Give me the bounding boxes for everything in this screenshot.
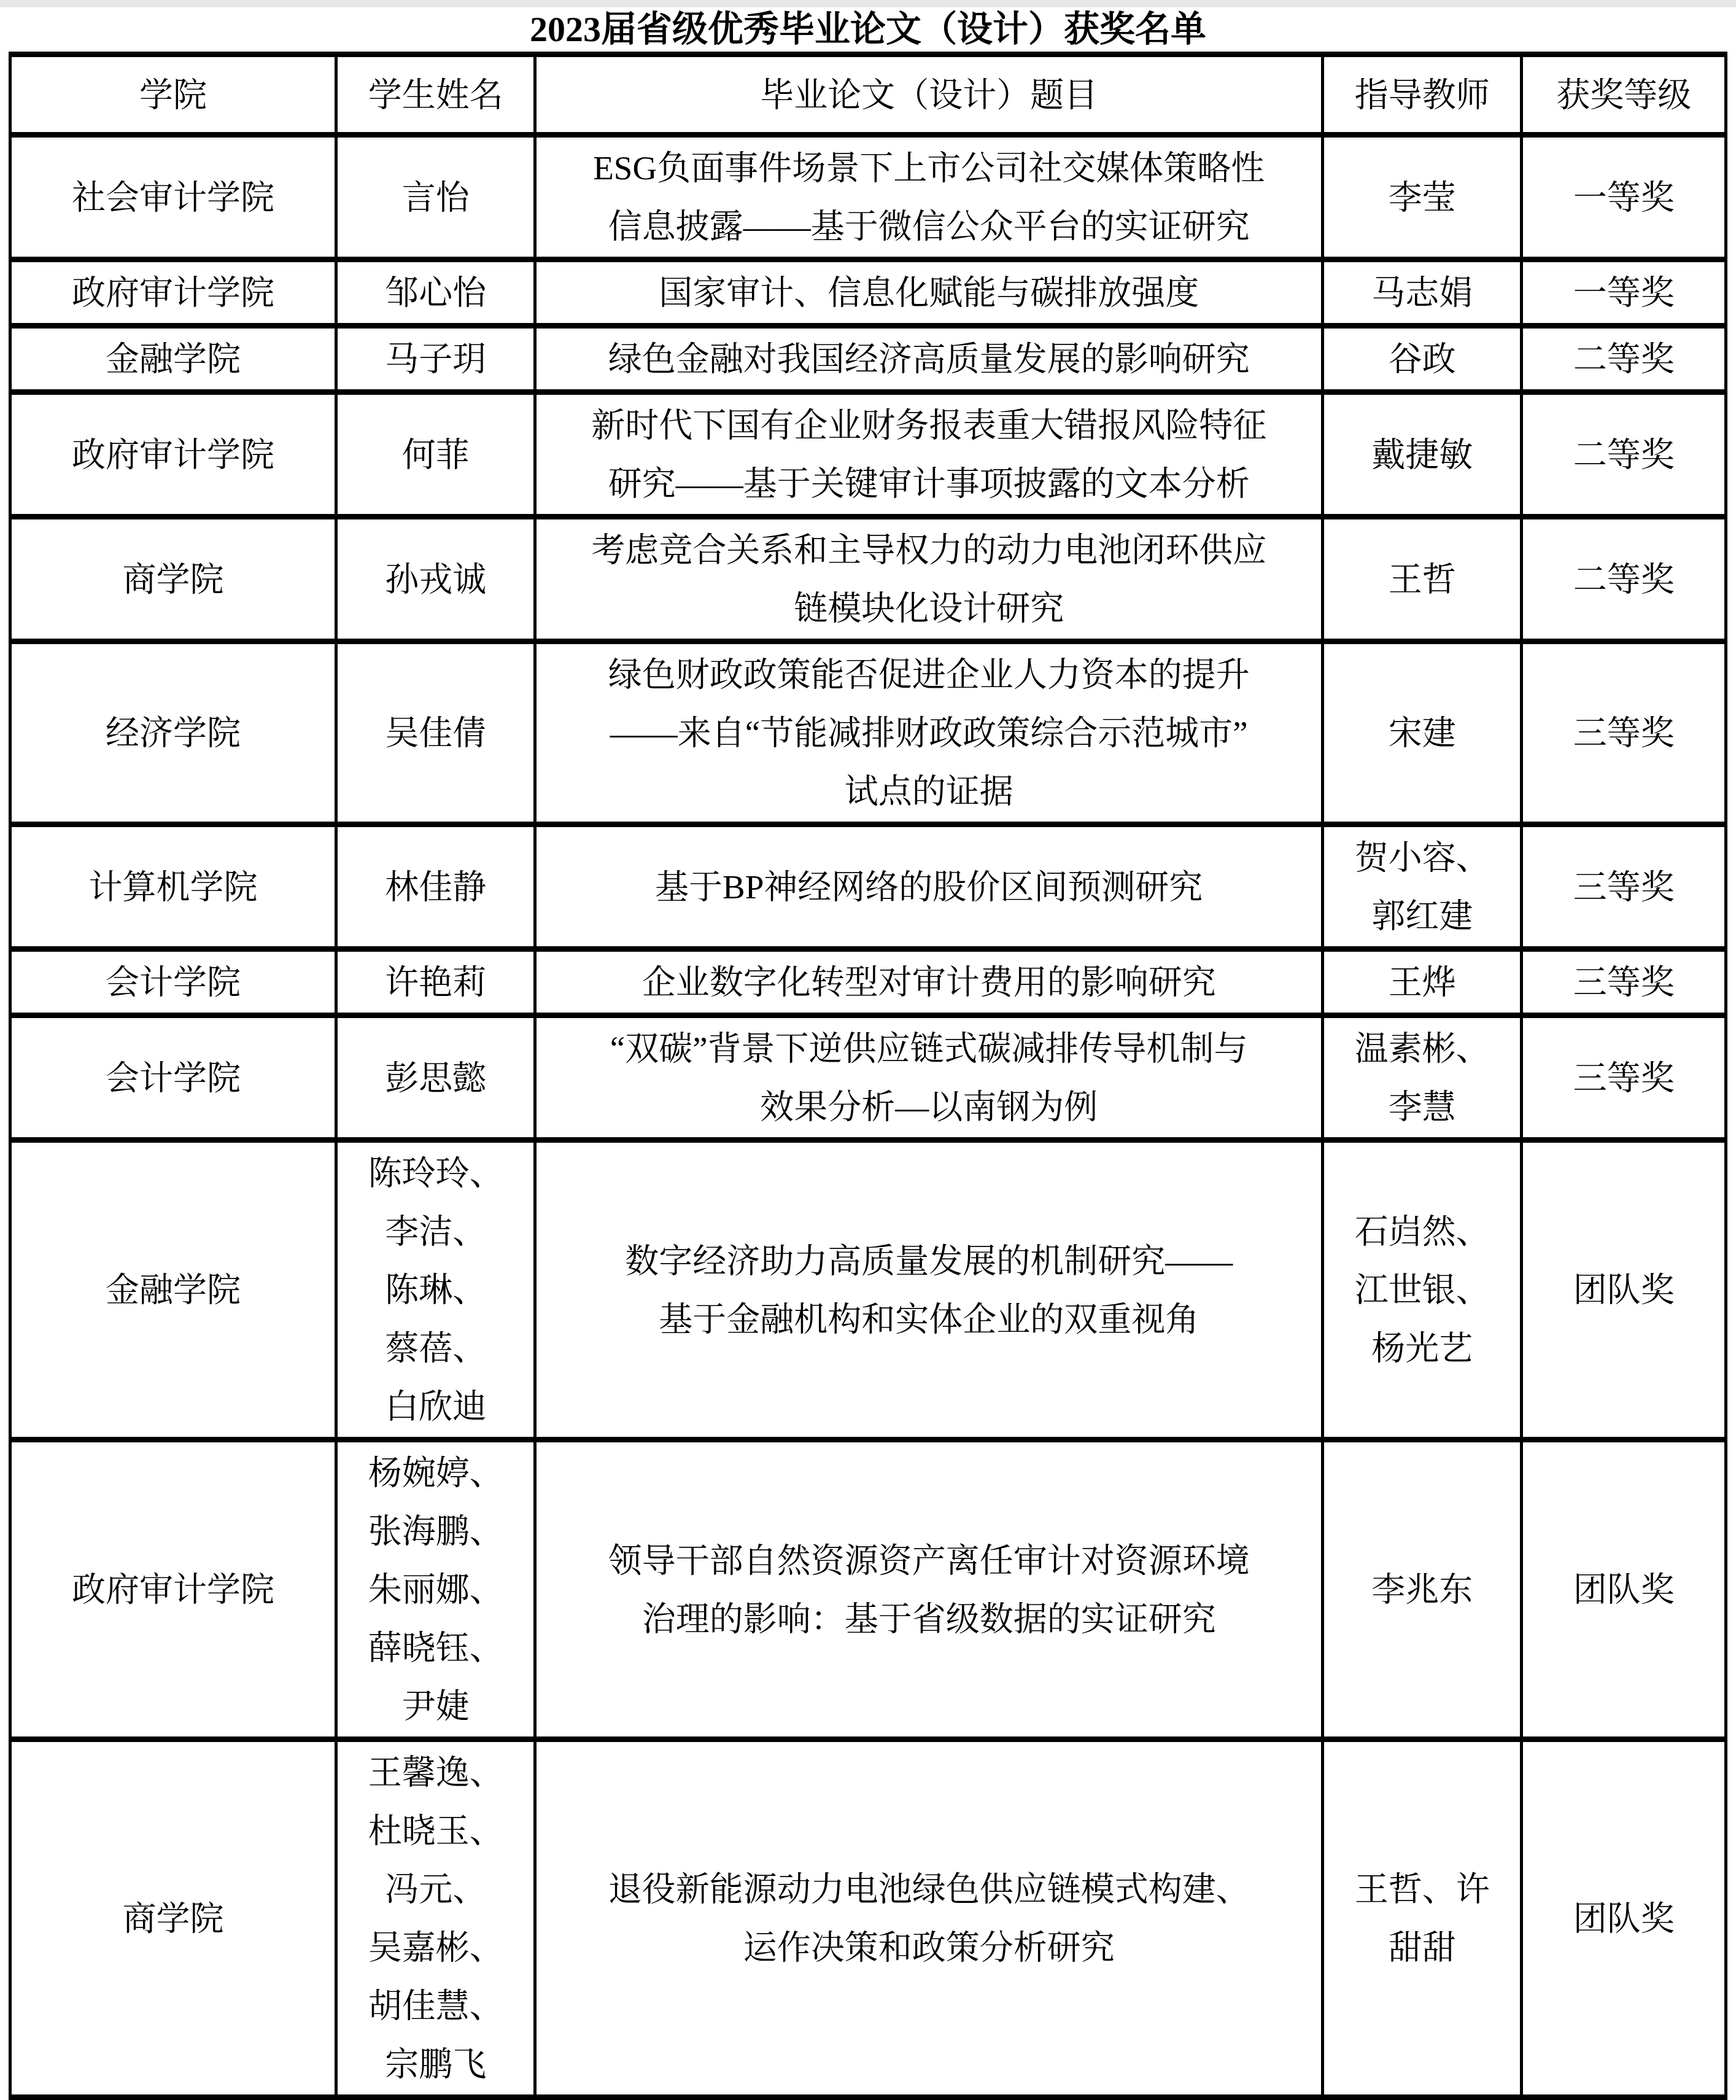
college-cell: 计算机学院 [10, 825, 336, 949]
table-row: 社会审计学院 言怡 ESG负面事件场景下上市公司社交媒体策略性 信息披露——基于… [10, 135, 1726, 260]
advisor-cell: 李莹 [1323, 135, 1522, 260]
table-row: 政府审计学院 邹心怡 国家审计、信息化赋能与碳排放强度 马志娟 一等奖 [10, 260, 1726, 326]
advisor-cell: 戴捷敏 [1323, 392, 1522, 517]
college-cell: 会计学院 [10, 1016, 336, 1140]
thesis-title-cell: 基于BP神经网络的股价区间预测研究 [535, 825, 1323, 949]
students-cell: 言怡 [336, 135, 535, 260]
students-cell: 何菲 [336, 392, 535, 517]
column-header-students: 学生姓名 [336, 55, 535, 135]
award-cell: 三等奖 [1522, 825, 1726, 949]
table-row: 政府审计学院 何菲 新时代下国有企业财务报表重大错报风险特征 研究——基于关键审… [10, 392, 1726, 517]
thesis-title-cell: 领导干部自然资源资产离任审计对资源环境 治理的影响：基于省级数据的实证研究 [535, 1440, 1323, 1740]
table-row: 会计学院 许艳莉 企业数字化转型对审计费用的影响研究 王烨 三等奖 [10, 949, 1726, 1016]
thesis-title-cell: 绿色财政政策能否促进企业人力资本的提升 ——来自“节能减排财政政策综合示范城市”… [535, 642, 1323, 825]
advisor-cell: 宋建 [1323, 642, 1522, 825]
advisor-cell: 石岿然、 江世银、 杨光艺 [1323, 1140, 1522, 1440]
award-cell: 三等奖 [1522, 1016, 1726, 1140]
award-cell: 一等奖 [1522, 260, 1726, 326]
table-row: 计算机学院 林佳静 基于BP神经网络的股价区间预测研究 贺小容、 郭红建 三等奖 [10, 825, 1726, 949]
students-cell: 彭思懿 [336, 1016, 535, 1140]
students-cell: 邹心怡 [336, 260, 535, 326]
awards-table: 学院 学生姓名 毕业论文（设计）题目 指导教师 获奖等级 社会审计学院 言怡 E… [9, 52, 1727, 2100]
award-cell: 三等奖 [1522, 642, 1726, 825]
thesis-title-cell: 国家审计、信息化赋能与碳排放强度 [535, 260, 1323, 326]
advisor-cell: 贺小容、 郭红建 [1323, 825, 1522, 949]
table-row: 商学院 孙戎诚 考虑竞合关系和主导权力的动力电池闭环供应 链模块化设计研究 王哲… [10, 517, 1726, 642]
thesis-title-cell: 新时代下国有企业财务报表重大错报风险特征 研究——基于关键审计事项披露的文本分析 [535, 392, 1323, 517]
students-cell: 杨婉婷、 张海鹏、 朱丽娜、 薛晓钰、 尹婕 [336, 1440, 535, 1740]
column-header-advisor: 指导教师 [1323, 55, 1522, 135]
advisor-cell: 谷政 [1323, 326, 1522, 392]
students-cell: 吴佳倩 [336, 642, 535, 825]
college-cell: 政府审计学院 [10, 1440, 336, 1740]
college-cell: 政府审计学院 [10, 392, 336, 517]
table-row: 会计学院 彭思懿 “双碳”背景下逆供应链式碳减排传导机制与 效果分析—以南钢为例… [10, 1016, 1726, 1140]
thesis-title-cell: “双碳”背景下逆供应链式碳减排传导机制与 效果分析—以南钢为例 [535, 1016, 1323, 1140]
advisor-cell: 王哲 [1323, 517, 1522, 642]
advisor-cell: 李兆东 [1323, 1440, 1522, 1740]
award-cell: 团队奖 [1522, 1740, 1726, 2098]
students-cell: 孙戎诚 [336, 517, 535, 642]
thesis-title-cell: ESG负面事件场景下上市公司社交媒体策略性 信息披露——基于微信公众平台的实证研… [535, 135, 1323, 260]
award-cell: 团队奖 [1522, 1440, 1726, 1740]
students-cell: 马子玥 [336, 326, 535, 392]
table-row: 商学院 王馨逸、 杜晓玉、 冯元、 吴嘉彬、 胡佳慧、 宗鹏飞 退役新能源动力电… [10, 1740, 1726, 2098]
college-cell: 金融学院 [10, 1140, 336, 1440]
table-row: 经济学院 吴佳倩 绿色财政政策能否促进企业人力资本的提升 ——来自“节能减排财政… [10, 642, 1726, 825]
students-cell: 许艳莉 [336, 949, 535, 1016]
thesis-title-cell: 数字经济助力高质量发展的机制研究—— 基于金融机构和实体企业的双重视角 [535, 1140, 1323, 1440]
thesis-title-cell: 退役新能源动力电池绿色供应链模式构建、 运作决策和政策分析研究 [535, 1740, 1323, 2098]
college-cell: 社会审计学院 [10, 135, 336, 260]
top-divider [0, 0, 1736, 7]
table-row: 金融学院 马子玥 绿色金融对我国经济高质量发展的影响研究 谷政 二等奖 [10, 326, 1726, 392]
column-header-thesis-title: 毕业论文（设计）题目 [535, 55, 1323, 135]
advisor-cell: 王哲、许 甜甜 [1323, 1740, 1522, 2098]
award-cell: 二等奖 [1522, 326, 1726, 392]
column-header-college: 学院 [10, 55, 336, 135]
page-title: 2023届省级优秀毕业论文（设计）获奖名单 [9, 7, 1727, 52]
advisor-cell: 王烨 [1323, 949, 1522, 1016]
college-cell: 会计学院 [10, 949, 336, 1016]
table-row: 政府审计学院 杨婉婷、 张海鹏、 朱丽娜、 薛晓钰、 尹婕 领导干部自然资源资产… [10, 1440, 1726, 1740]
award-cell: 团队奖 [1522, 1140, 1726, 1440]
college-cell: 政府审计学院 [10, 260, 336, 326]
award-cell: 二等奖 [1522, 517, 1726, 642]
thesis-title-cell: 企业数字化转型对审计费用的影响研究 [535, 949, 1323, 1016]
thesis-title-cell: 考虑竞合关系和主导权力的动力电池闭环供应 链模块化设计研究 [535, 517, 1323, 642]
column-header-award: 获奖等级 [1522, 55, 1726, 135]
header-row: 学院 学生姓名 毕业论文（设计）题目 指导教师 获奖等级 [10, 55, 1726, 135]
students-cell: 王馨逸、 杜晓玉、 冯元、 吴嘉彬、 胡佳慧、 宗鹏飞 [336, 1740, 535, 2098]
college-cell: 商学院 [10, 1740, 336, 2098]
thesis-title-cell: 绿色金融对我国经济高质量发展的影响研究 [535, 326, 1323, 392]
advisor-cell: 马志娟 [1323, 260, 1522, 326]
students-cell: 陈玲玲、 李洁、 陈琳、 蔡蓓、 白欣迪 [336, 1140, 535, 1440]
award-cell: 三等奖 [1522, 949, 1726, 1016]
award-cell: 一等奖 [1522, 135, 1726, 260]
advisor-cell: 温素彬、 李慧 [1323, 1016, 1522, 1140]
award-cell: 二等奖 [1522, 392, 1726, 517]
college-cell: 商学院 [10, 517, 336, 642]
college-cell: 经济学院 [10, 642, 336, 825]
college-cell: 金融学院 [10, 326, 336, 392]
students-cell: 林佳静 [336, 825, 535, 949]
table-row: 金融学院 陈玲玲、 李洁、 陈琳、 蔡蓓、 白欣迪 数字经济助力高质量发展的机制… [10, 1140, 1726, 1440]
